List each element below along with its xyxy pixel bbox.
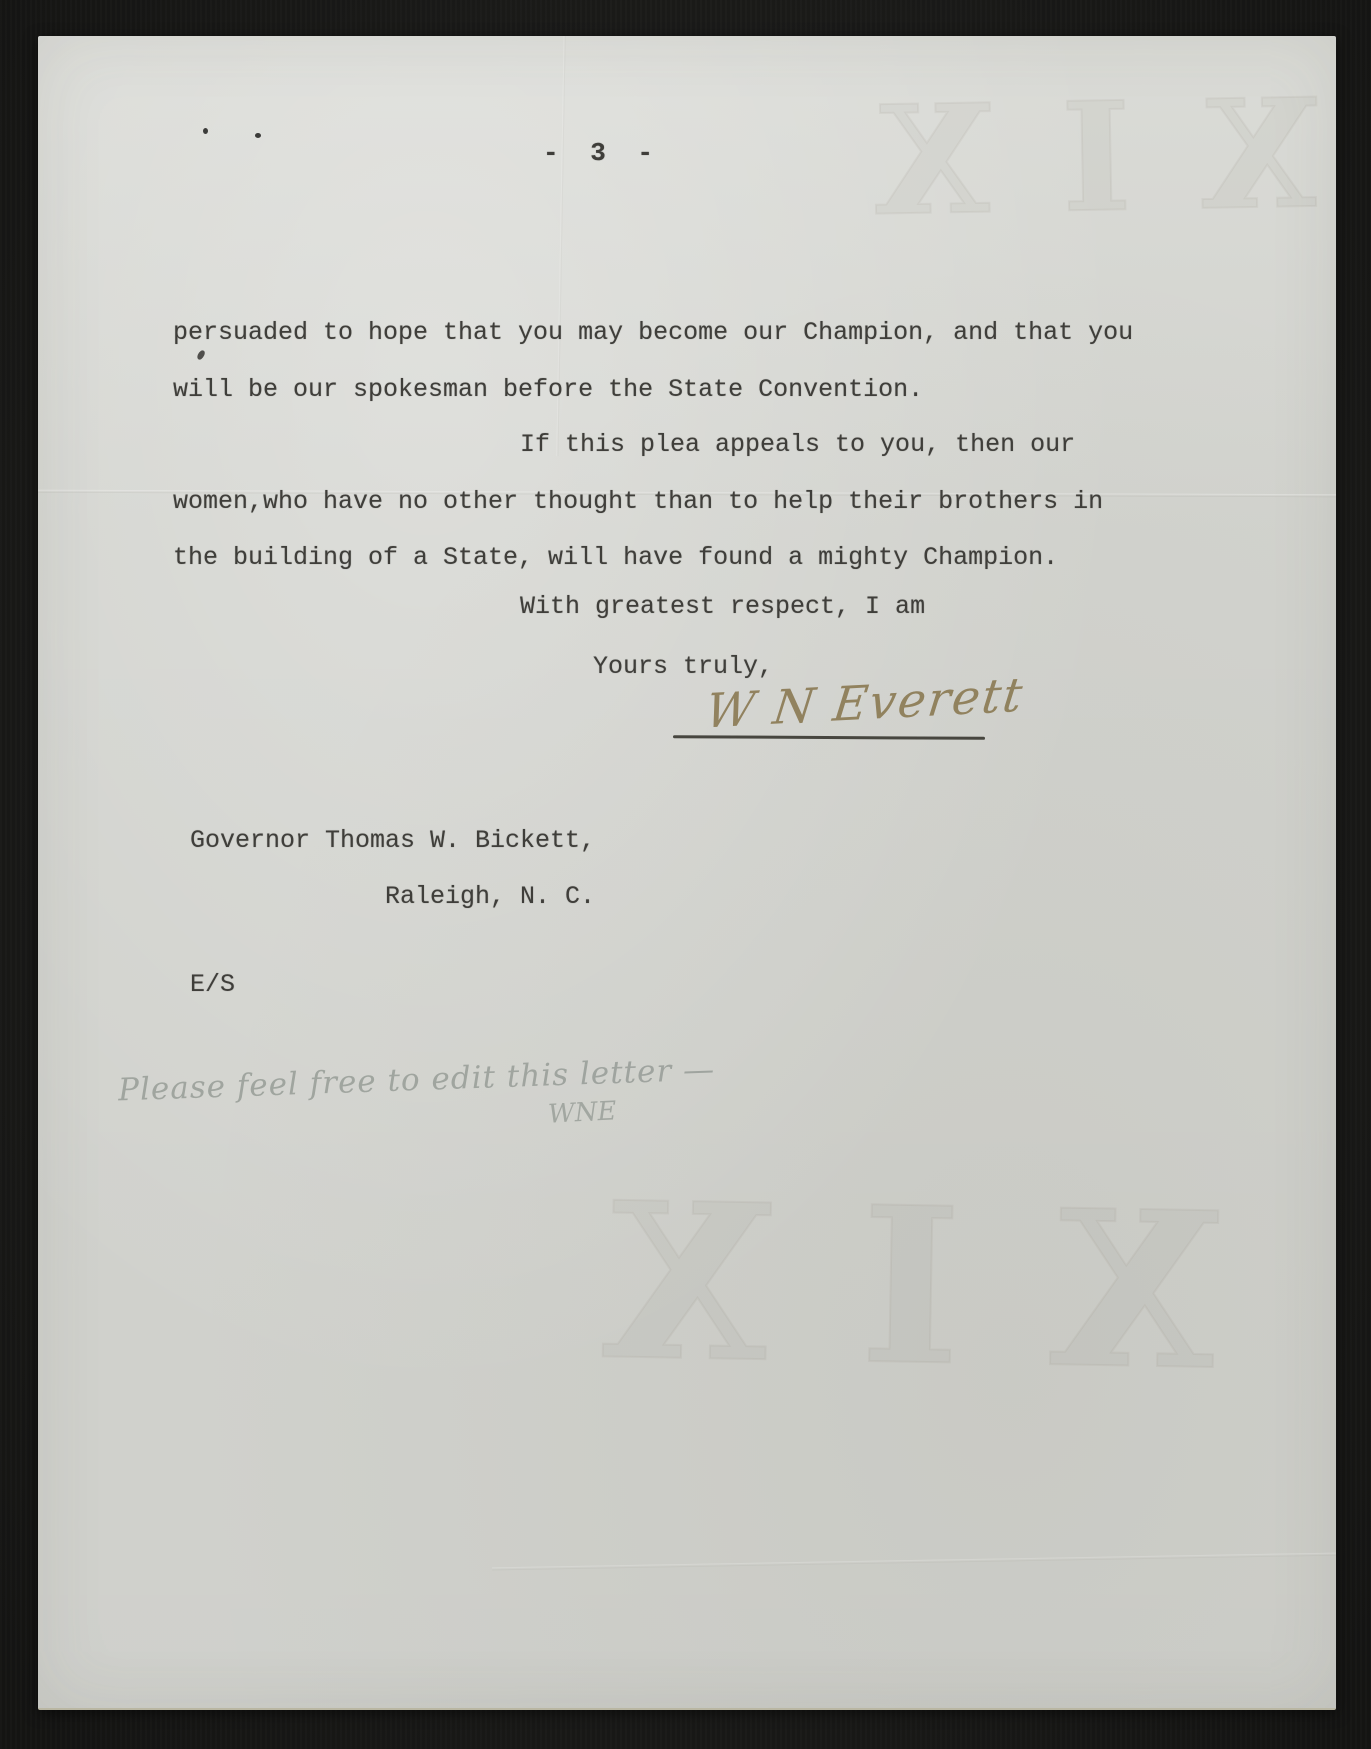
- body-line: will be our spokesman before the State C…: [173, 375, 923, 404]
- show-through-lettering-bottom: XIX: [176, 1147, 1220, 1418]
- recipient-address: Raleigh, N. C.: [385, 882, 595, 911]
- body-line: the building of a State, will have found…: [173, 543, 1058, 572]
- body-line: If this plea appeals to you, then our: [520, 430, 1075, 459]
- show-through-lettering-top: XIX: [157, 66, 1320, 262]
- pencil-annotation: Please feel free to edit this letter —: [118, 1052, 716, 1109]
- pencil-annotation-initials: WNE: [547, 1096, 617, 1130]
- scan-background: { "scan": { "background_color": "#1a1a18…: [0, 0, 1371, 1749]
- body-line: persuaded to hope that you may become ou…: [173, 318, 1133, 347]
- body-line: With greatest respect, I am: [520, 592, 925, 621]
- paper-speck: [255, 133, 261, 138]
- paper-speck: [203, 128, 208, 134]
- typist-initials: E/S: [190, 970, 235, 999]
- ink-smudge: [196, 349, 206, 361]
- recipient-name: Governor Thomas W. Bickett,: [190, 826, 595, 855]
- page-number: - 3 -: [543, 138, 661, 168]
- closing-salutation: Yours truly,: [593, 652, 773, 681]
- fold-crease: [492, 1553, 1336, 1571]
- letter-page: XIX XIX - 3 - persuaded to hope that you…: [38, 36, 1336, 1710]
- signature-underline: [673, 735, 985, 740]
- body-line: women,who have no other thought than to …: [173, 487, 1103, 516]
